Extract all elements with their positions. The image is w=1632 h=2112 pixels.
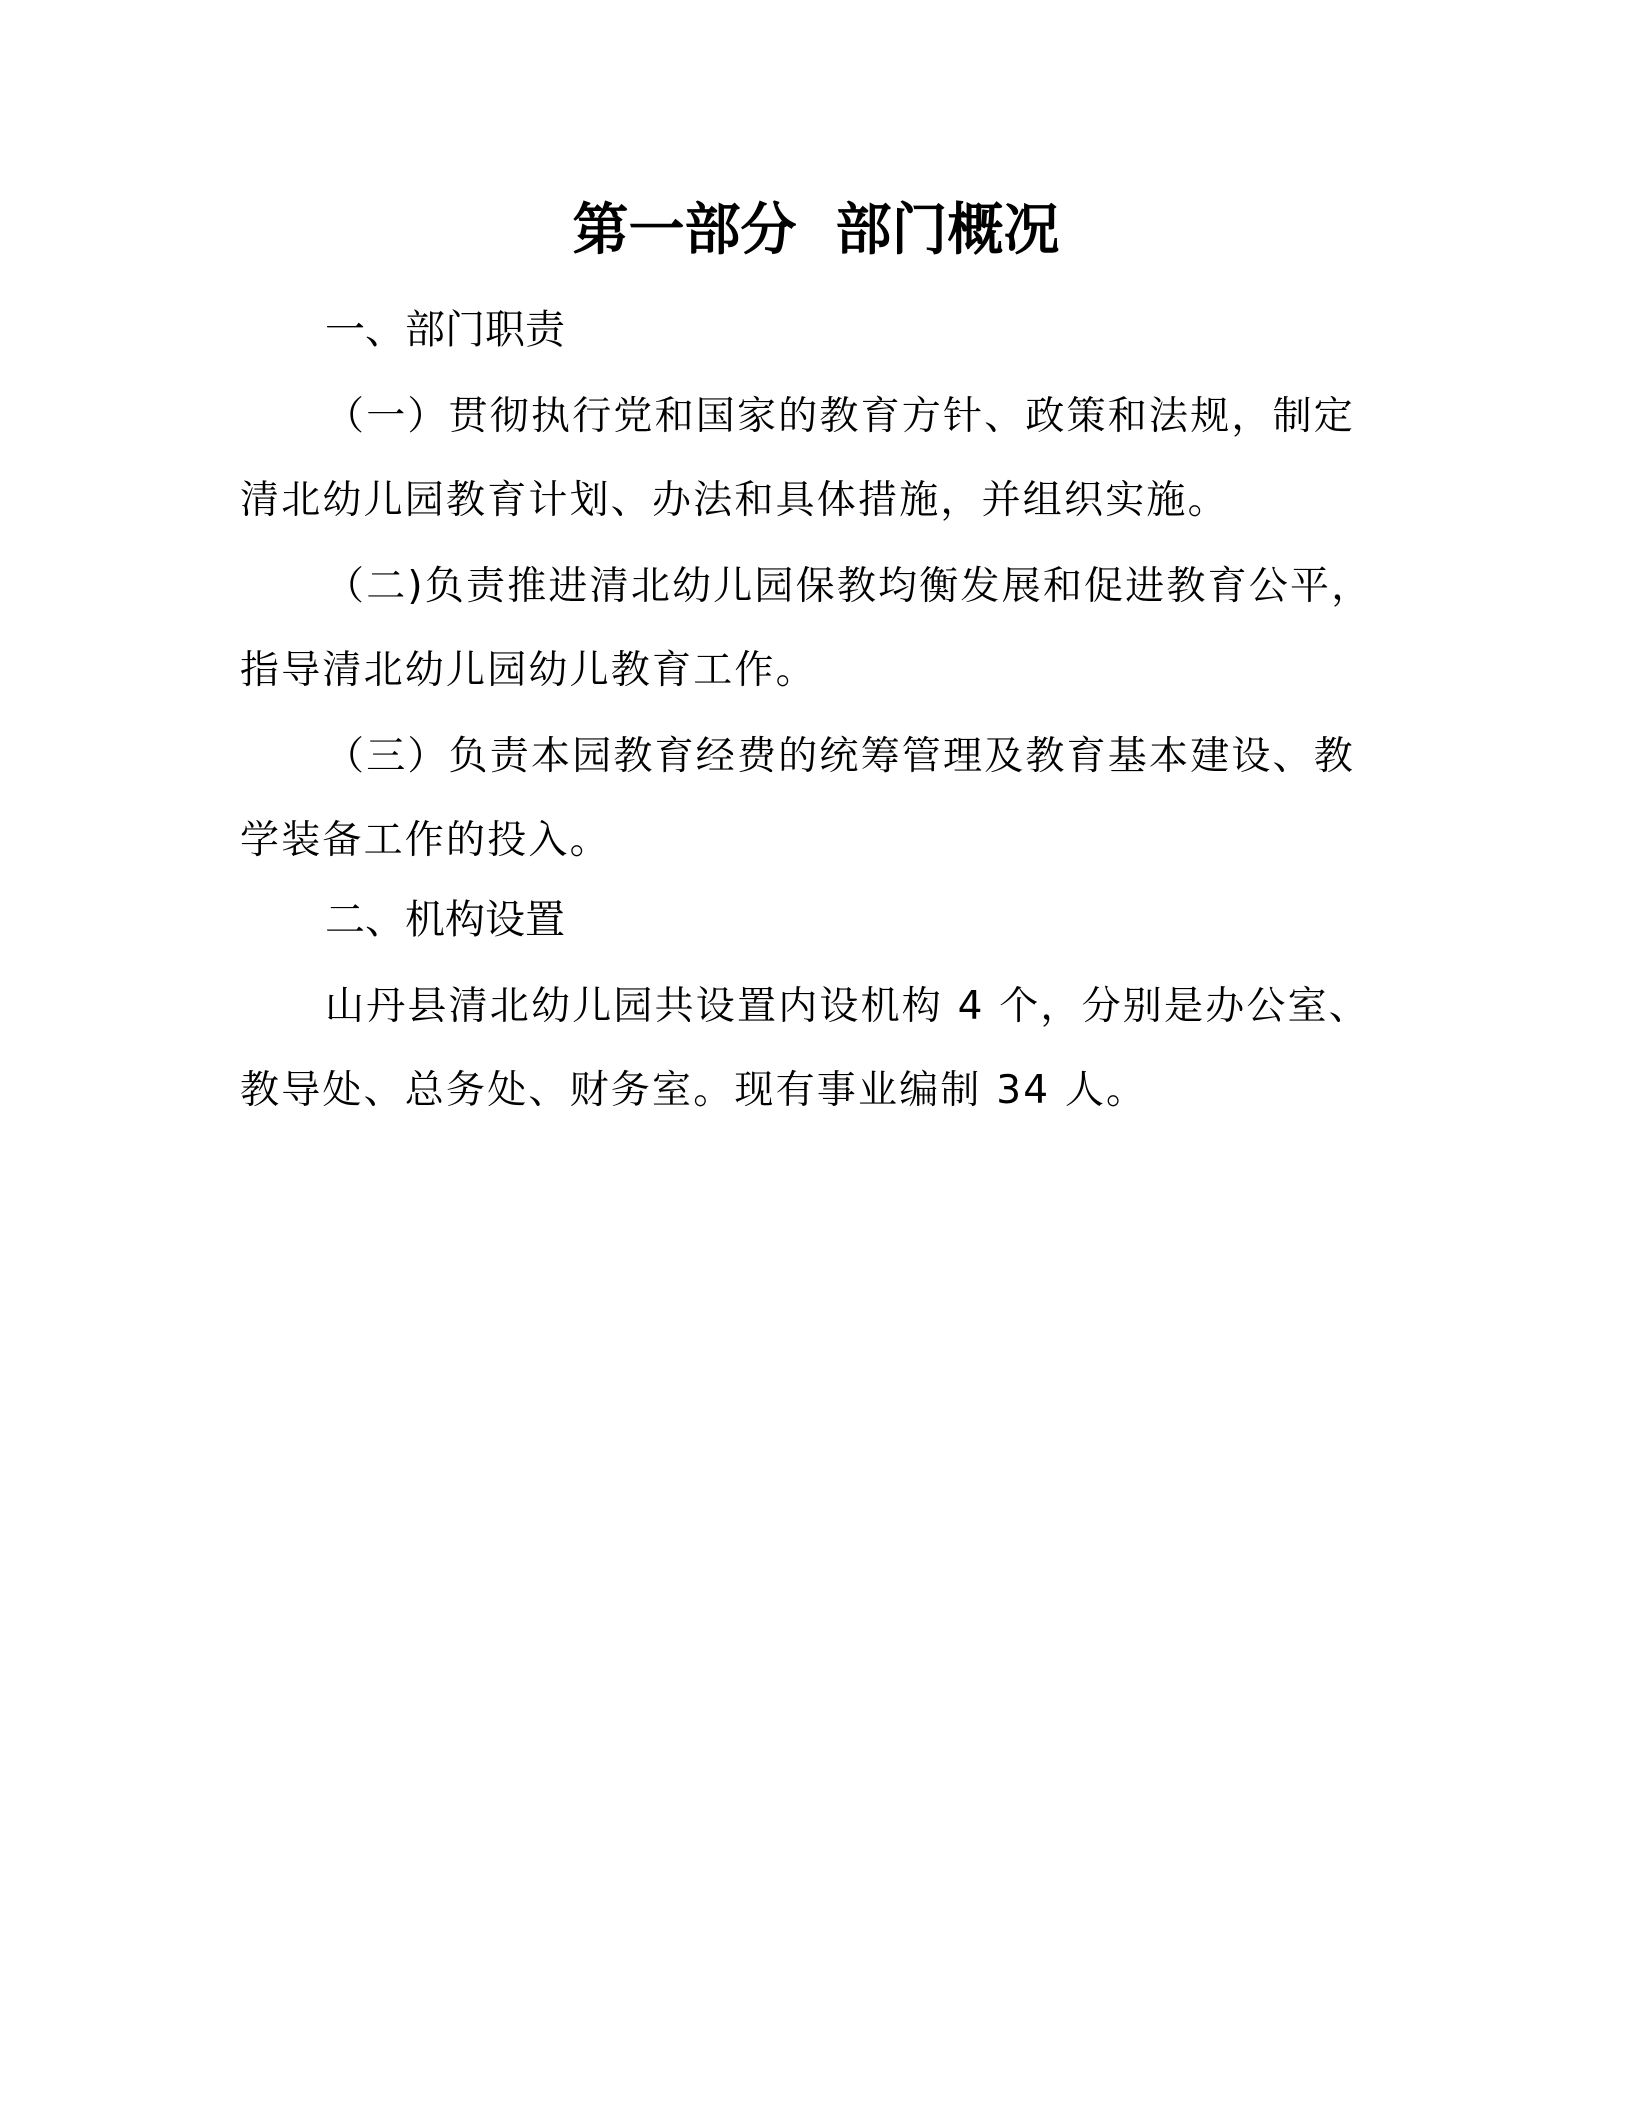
paragraph-line: 清北幼儿园教育计划、办法和具体措施，并组织实施。 — [240, 476, 1229, 526]
paragraph-line: 学装备工作的投入。 — [240, 816, 611, 866]
paragraph-line: （三）负责本园教育经费的统筹管理及教育基本建设、教 — [325, 732, 1355, 782]
paragraph-line: 教导处、总务处、财务室。现有事业编制 34 人。 — [240, 1066, 1147, 1116]
section-heading-department-duties: 一、部门职责 — [325, 305, 565, 355]
section-heading-organization: 二、机构设置 — [325, 895, 565, 945]
document-page: 第一部分 部门概况 一、部门职责 （一）贯彻执行党和国家的教育方针、政策和法规，… — [0, 0, 1632, 2112]
page-title: 第一部分 部门概况 — [0, 192, 1632, 268]
paragraph-line: 山丹县清北幼儿园共设置内设机构 4 个，分别是办公室、 — [325, 982, 1370, 1032]
paragraph-line: （一）贯彻执行党和国家的教育方针、政策和法规，制定 — [325, 392, 1355, 442]
paragraph-line: 指导清北幼儿园幼儿教育工作。 — [240, 646, 817, 696]
paragraph-line: （二)负责推进清北幼儿园保教均衡发展和促进教育公平， — [325, 562, 1372, 612]
